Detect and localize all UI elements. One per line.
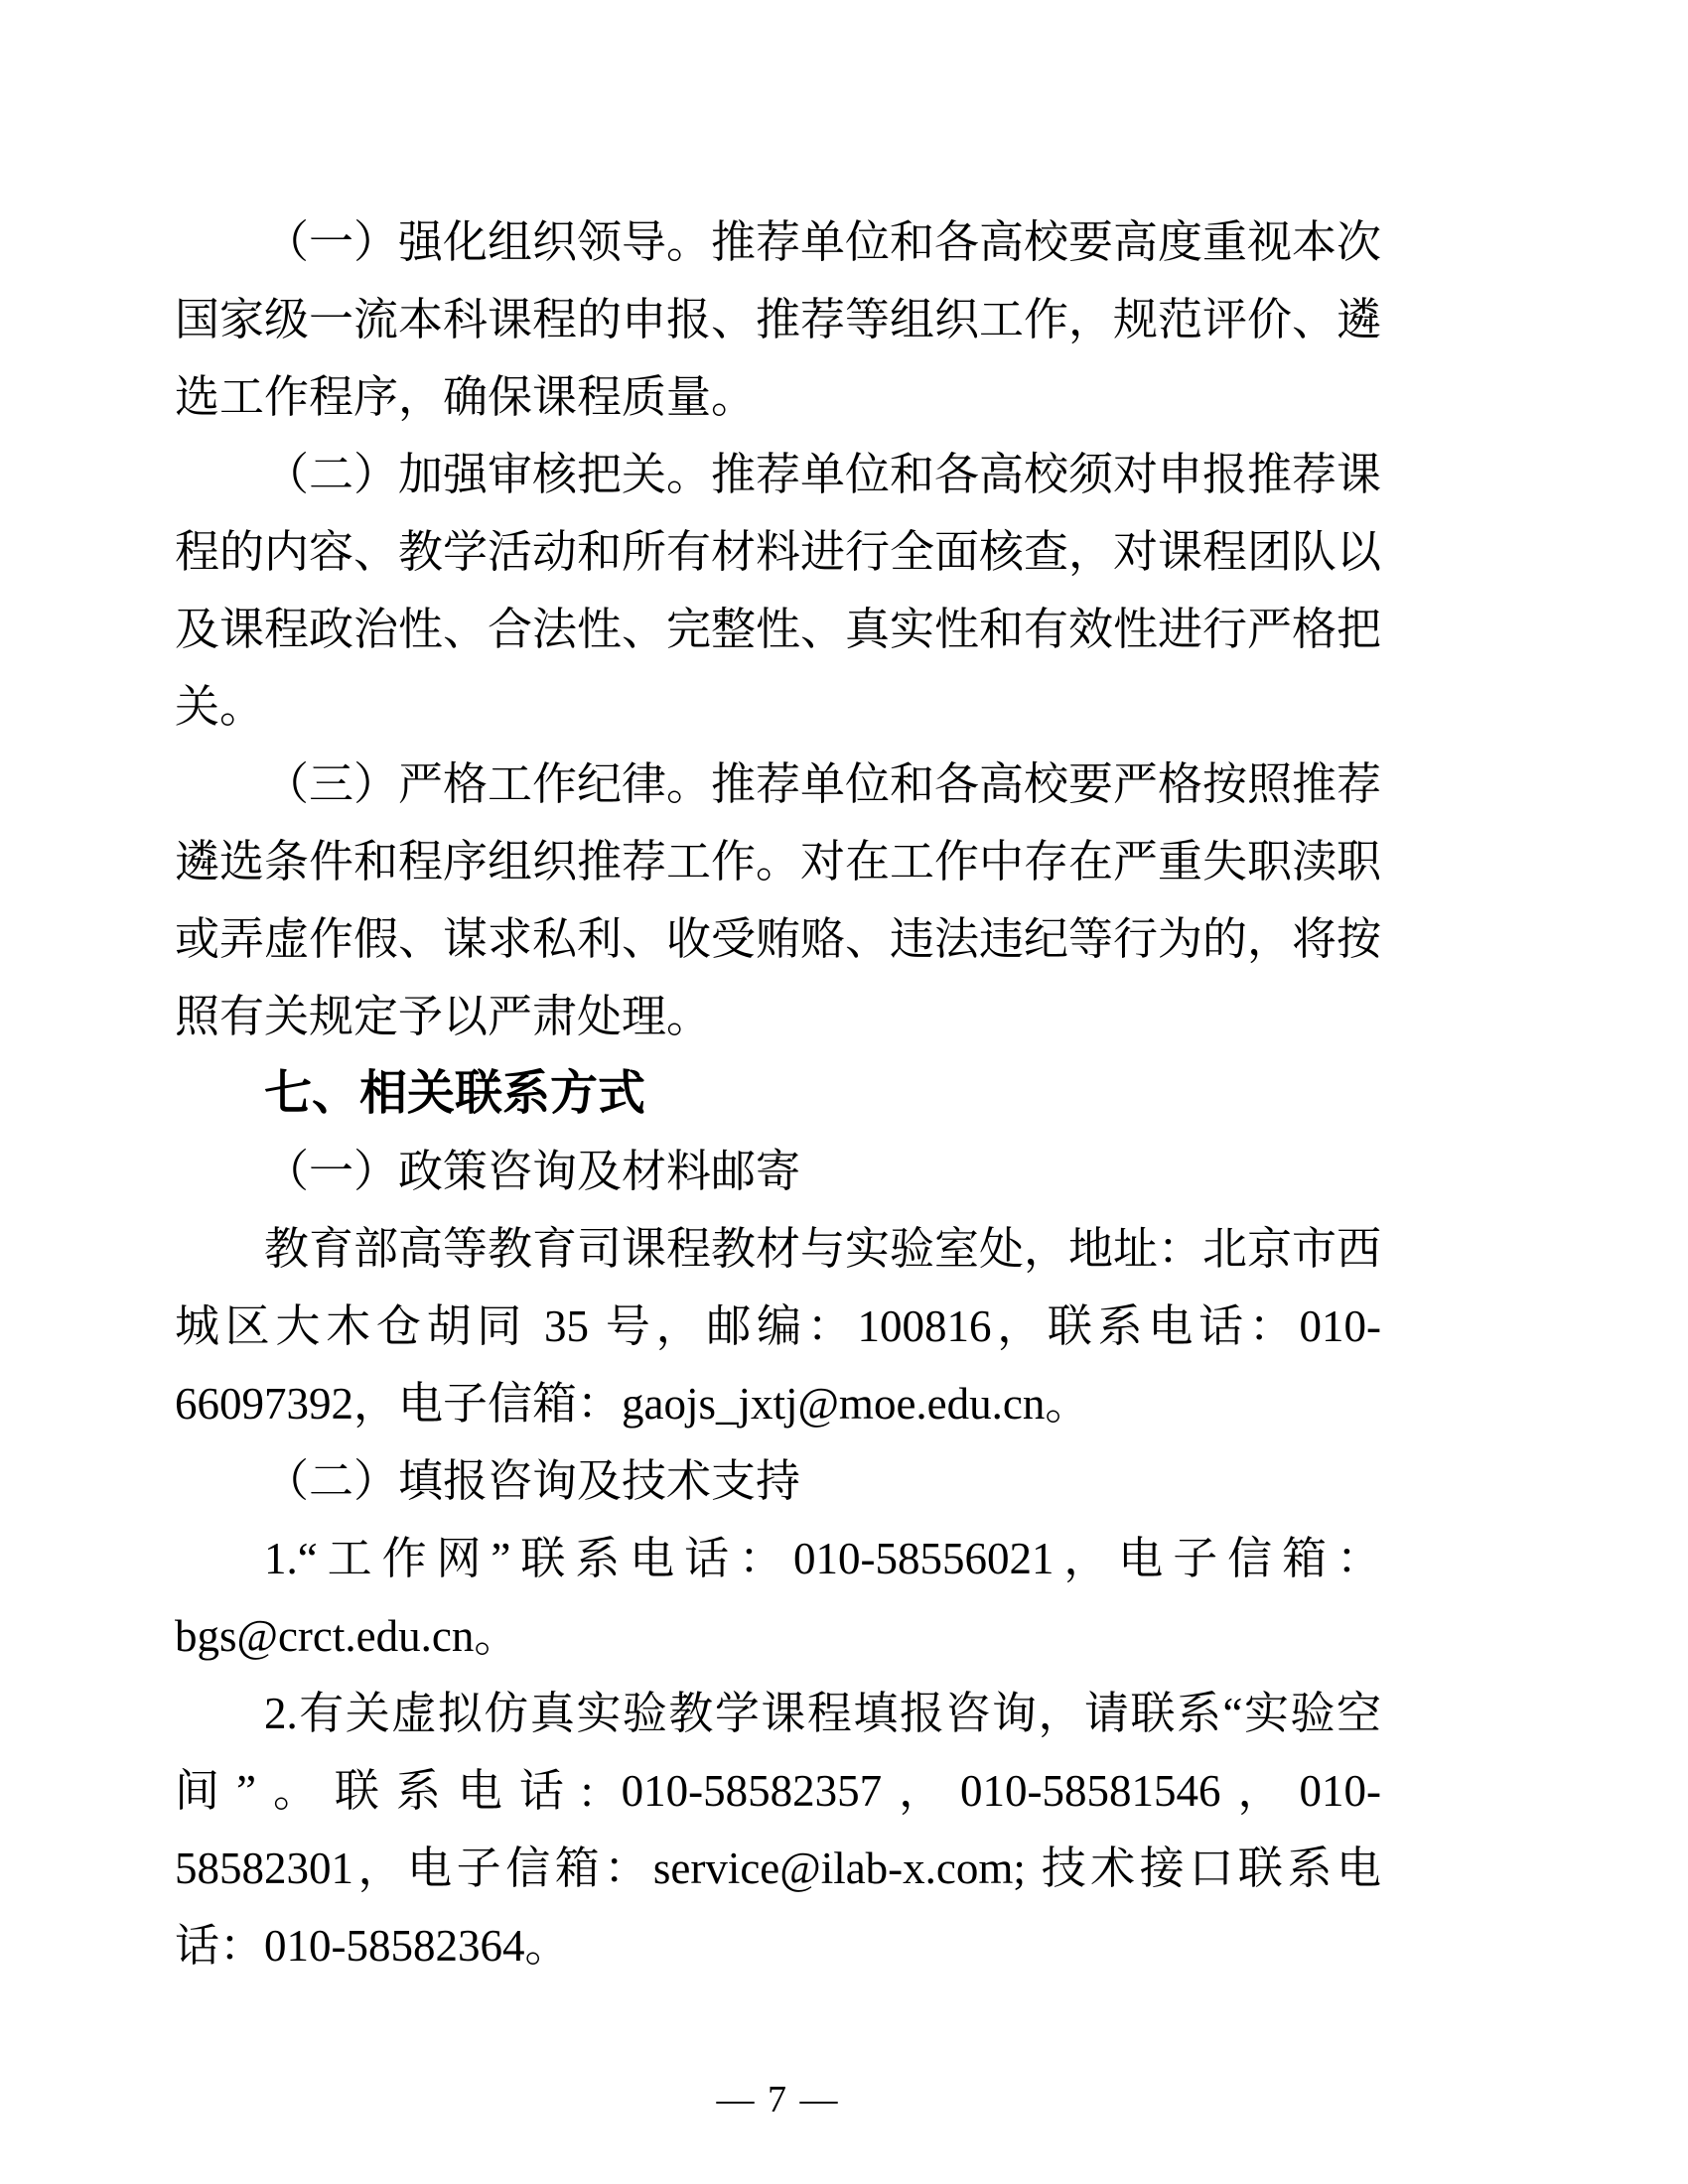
paragraph-strengthen-leadership: （一）强化组织领导。推荐单位和各高校要高度重视本次国家级一流本科课程的申报、推荐… — [175, 204, 1381, 436]
document-body: （一）强化组织领导。推荐单位和各高校要高度重视本次国家级一流本科课程的申报、推荐… — [175, 204, 1381, 2123]
page-number: — 7 — — [175, 2076, 1381, 2123]
paragraph-work-discipline: （三）严格工作纪律。推荐单位和各高校要严格按照推荐遴选条件和程序组织推荐工作。对… — [175, 746, 1381, 1055]
paragraph-moe-contact: 教育部高等教育司课程教材与实验室处，地址：北京市西城区大木仓胡同 35 号，邮编… — [175, 1210, 1381, 1442]
paragraph-ilab-contact: 2.有关虚拟仿真实验教学课程填报咨询，请联系“实验空间”。联系电话: 010-5… — [175, 1675, 1381, 1984]
subheading-technical-support: （二）填报咨询及技术支持 — [175, 1442, 1381, 1520]
paragraph-strengthen-review: （二）加强审核把关。推荐单位和各高校须对申报推荐课程的内容、教学活动和所有材料进… — [175, 436, 1381, 746]
subheading-policy-consultation: （一）政策咨询及材料邮寄 — [175, 1133, 1381, 1210]
paragraph-worknet-contact: 1.“工作网”联系电话：010-58556021，电子信箱：bgs@crct.e… — [175, 1520, 1381, 1675]
section-heading-contact-info: 七、相关联系方式 — [175, 1055, 1381, 1133]
document-page: （一）强化组织领导。推荐单位和各高校要高度重视本次国家级一流本科课程的申报、推荐… — [0, 0, 1688, 2184]
